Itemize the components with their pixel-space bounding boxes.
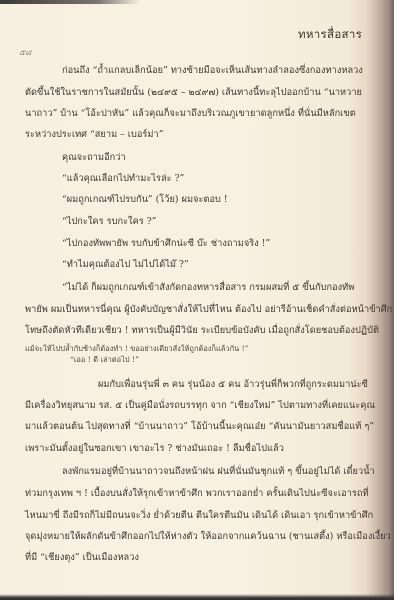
text-line: “ผมถูกเกณฑ์ไปรบกัน” (โว้ย) ผมจะตอบ ! — [62, 192, 228, 207]
text-line: ไหนมาขี่ ถึงมีรถก็ไม่มีถนนจะวิ่ง ย่ำด้วย… — [25, 508, 373, 523]
bottom-edge-shadow — [0, 594, 394, 600]
text-line: ตัดขึ้นใช้ในราชการในสมัยนั้น (๒๔๙๕ – ๒๔๙… — [25, 85, 362, 100]
page-gutter-shadow — [382, 0, 394, 600]
text-line: มีเครื่องวิทยุสนาม รส. ๕ เป็นคู่มือนั่งร… — [25, 398, 375, 413]
text-line: “ไม่ได้ ก็ผมถูกเกณฑ์เข้าสังกัดกองทหารสื่… — [62, 280, 354, 295]
text-line: มาแล้วตอนต้น ไปสุดทางที่ “บ้านนาถาว” โอ้… — [25, 419, 374, 434]
text-line: ท่วมกรุงเทพ ฯ ! เบื้องบนสั่งให้รุกเข้าหา… — [25, 486, 369, 501]
page-number: ๕๘ — [19, 46, 31, 59]
text-line: “แล้วคุณเลือกไปทำมะไรล่ะ ?” — [62, 171, 184, 186]
text-line: ลงพักแรมอยู่ที่บ้านนาถาวจนถึงหน้าฝน ฝนที… — [62, 464, 375, 479]
text-line: ผมกับเพื่อนรุ่นพี่ ๓ คน รุ่นน้อง ๕ คน อ้… — [98, 377, 368, 392]
text-line: พายัพ ผมเป็นทหารนี่คุณ ผู้บังคับบัญชาสั่… — [25, 302, 392, 317]
text-line: ระหว่างประเทศ “สยาม – เบอร์ม่า” — [25, 127, 163, 142]
top-edge-shadow — [0, 0, 140, 4]
text-line: “ไปกะใคร รบกะใคร ?” — [62, 214, 156, 229]
text-line: โทษถึงตัดหัวทีเดียวเชียว ! ทหารเป็นผู้มี… — [25, 323, 379, 338]
text-line: คุณจะถามอีกว่า — [62, 150, 126, 165]
text-line: “ไปกองทัพพายัพ รบกับข้าศึกน่ะซี บ๊ะ ช่าง… — [62, 236, 270, 251]
text-line: “เออ ! ดี เล่าต่อไป !” — [70, 354, 139, 366]
text-line: จุดมุ่งหมายให้ผลักดันข้าศึกออกไปให้ห่างต… — [25, 529, 391, 544]
text-line: เพราะมันตั้งอยู่ในซอกเขา เขาอะไร ? ช่างม… — [25, 441, 284, 456]
text-line: “ทำไมคุณต้องไป ไม่ไปได้ไม๊ ?” — [62, 257, 189, 272]
running-header: ทหารสื่อสาร — [298, 26, 362, 44]
text-line: นาถาว” บ้าน “โอ้ะปาหัน” แล้วคุณก็จะมาถึง… — [25, 106, 356, 121]
text-line: ที่มี “เชียงตุง” เป็นเมืองหลวง — [25, 550, 139, 565]
scanned-book-page: ๕๘ ทหารสื่อสาร ก่อนถึง “ถ้ำแกลบเล็กน้อย”… — [0, 0, 394, 600]
text-line: ก่อนถึง “ถ้ำแกลบเล็กน้อย” ทางซ้ายมือจะเห… — [62, 63, 363, 78]
